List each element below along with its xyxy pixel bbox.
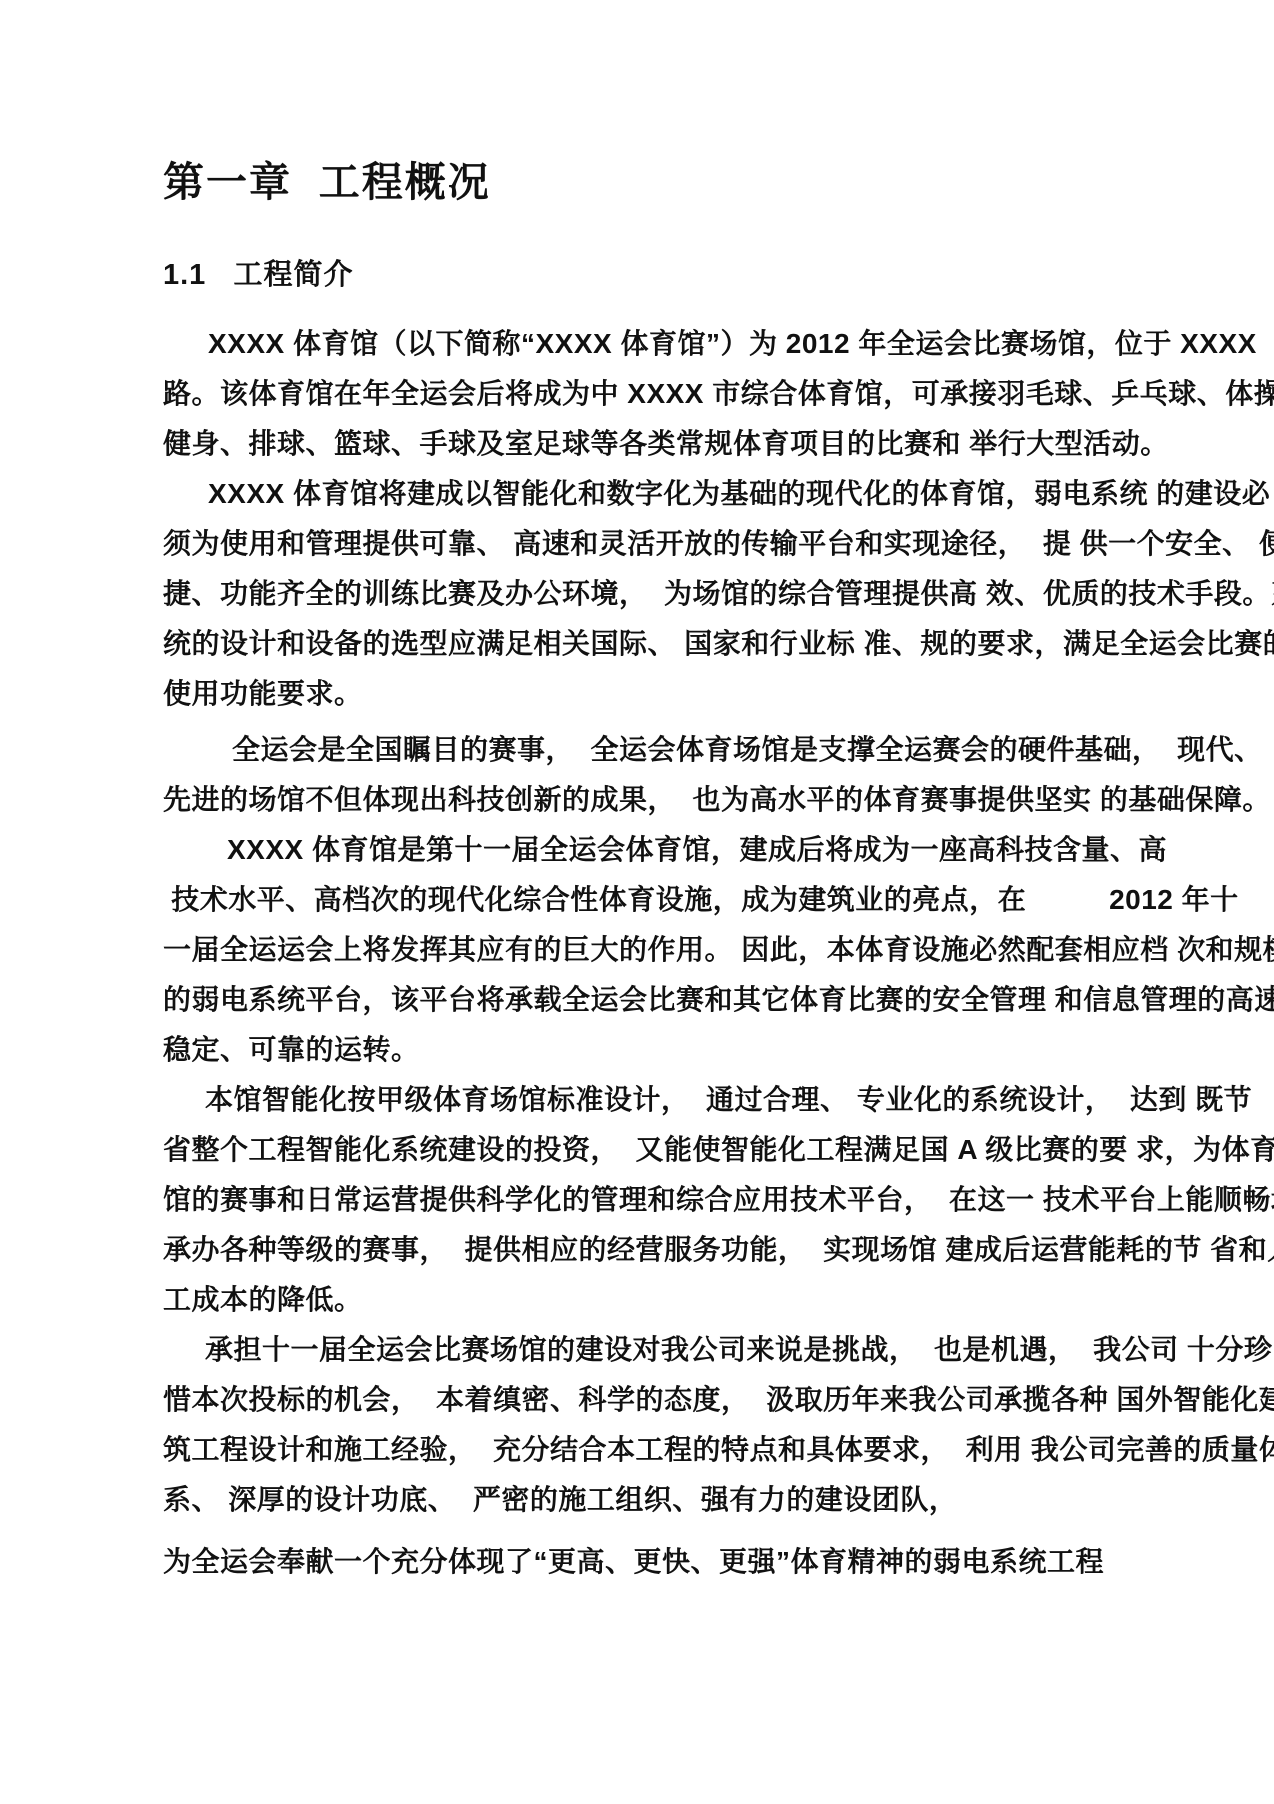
text-line: 惜本次投标的机会， 本着缜密、科学的态度， 汲取历年来我公司承揽各种 国外智能化… <box>163 1375 1174 1425</box>
text-line: 工成本的降低。 <box>163 1275 1174 1325</box>
paragraph: XXXX 体育馆将建成以智能化和数字化为基础的现代化的体育馆，弱电系统 的建设必… <box>163 469 1174 719</box>
section-heading: 1.1 工程简介 <box>163 258 1174 292</box>
document-body: XXXX 体育馆（以下简称“XXXX 体育馆”）为 2012 年全运会比赛场馆，… <box>163 319 1174 1587</box>
text-line: 稳定、可靠的运转。 <box>163 1025 1174 1075</box>
paragraph: XXXX 体育馆（以下简称“XXXX 体育馆”）为 2012 年全运会比赛场馆，… <box>163 319 1174 469</box>
text-line: 的弱电系统平台，该平台将承载全运会比赛和其它体育比赛的安全管理 和信息管理的高速… <box>163 975 1174 1025</box>
text-line: 馆的赛事和日常运营提供科学化的管理和综合应用技术平台， 在这一 技术平台上能顺畅… <box>163 1175 1174 1225</box>
text-line: XXXX 体育馆（以下简称“XXXX 体育馆”）为 2012 年全运会比赛场馆，… <box>163 319 1174 369</box>
text-line: 筑工程设计和施工经验， 充分结合本工程的特点和具体要求， 利用 我公司完善的质量… <box>163 1425 1174 1475</box>
text-line: 本馆智能化按甲级体育场馆标准设计， 通过合理、 专业化的系统设计， 达到 既节 <box>163 1075 1174 1125</box>
text-line: 系、 深厚的设计功底、 严密的施工组织、强有力的建设团队， <box>163 1475 1174 1525</box>
text-line: 为全运会奉献一个充分体现了“更高、更快、更强”体育精神的弱电系统工程 <box>163 1537 1174 1587</box>
text-line: 承办各种等级的赛事， 提供相应的经营服务功能， 实现场馆 建成后运营能耗的节 省… <box>163 1225 1174 1275</box>
text-line: 技术水平、高档次的现代化综合性体育设施，成为建筑业的亮点，在 2012 年十 <box>163 875 1174 925</box>
text-line: 路。该体育馆在年全运会后将成为中 XXXX 市综合体育馆，可承接羽毛球、乒乓球、… <box>163 369 1174 419</box>
text-line: 一届全运运会上将发挥其应有的巨大的作用。 因此，本体育设施必然配套相应档 次和规… <box>163 925 1174 975</box>
text-line: XXXX 体育馆是第十一届全运会体育馆，建成后将成为一座高科技含量、高 <box>163 825 1174 875</box>
paragraph: 为全运会奉献一个充分体现了“更高、更快、更强”体育精神的弱电系统工程 <box>163 1537 1174 1587</box>
text-line: 承担十一届全运会比赛场馆的建设对我公司来说是挑战， 也是机遇， 我公司 十分珍 <box>163 1325 1174 1375</box>
text-line: 须为使用和管理提供可靠、 高速和灵活开放的传输平台和实现途径， 提 供一个安全、… <box>163 519 1174 569</box>
page-title: 第一章 工程概况 <box>163 158 1174 206</box>
paragraph: 全运会是全国瞩目的赛事， 全运会体育场馆是支撑全运赛会的硬件基础， 现代、先进的… <box>163 725 1174 825</box>
paragraph: 本馆智能化按甲级体育场馆标准设计， 通过合理、 专业化的系统设计， 达到 既节省… <box>163 1075 1174 1325</box>
text-line: 使用功能要求。 <box>163 669 1174 719</box>
paragraph: XXXX 体育馆是第十一届全运会体育馆，建成后将成为一座高科技含量、高 技术水平… <box>163 825 1174 1075</box>
text-line: 省整个工程智能化系统建设的投资， 又能使智能化工程满足国 A 级比赛的要 求，为… <box>163 1125 1174 1175</box>
text-line: 健身、排球、篮球、手球及室足球等各类常规体育项目的比赛和 举行大型活动。 <box>163 419 1174 469</box>
paragraph: 承担十一届全运会比赛场馆的建设对我公司来说是挑战， 也是机遇， 我公司 十分珍惜… <box>163 1325 1174 1525</box>
text-line: XXXX 体育馆将建成以智能化和数字化为基础的现代化的体育馆，弱电系统 的建设必 <box>163 469 1174 519</box>
text-line: 先进的场馆不但体现出科技创新的成果， 也为高水平的体育赛事提供坚实 的基础保障。 <box>163 775 1174 825</box>
text-line: 统的设计和设备的选型应满足相关国际、 国家和行业标 准、规的要求，满足全运会比赛… <box>163 619 1174 669</box>
text-line: 全运会是全国瞩目的赛事， 全运会体育场馆是支撑全运赛会的硬件基础， 现代、 <box>163 725 1174 775</box>
document-page: 第一章 工程概况 1.1 工程简介 XXXX 体育馆（以下简称“XXXX 体育馆… <box>0 0 1274 1804</box>
text-line: 捷、功能齐全的训练比赛及办公环境， 为场馆的综合管理提供高 效、优质的技术手段。… <box>163 569 1174 619</box>
